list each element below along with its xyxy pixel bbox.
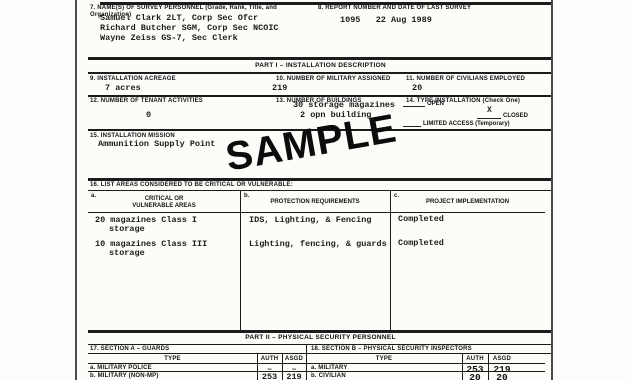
sectionA-row2-type: b. MILITARY (NON-MP)	[90, 373, 159, 380]
sectionA-row2-asgd: 219	[282, 372, 306, 380]
table-divider	[390, 190, 391, 330]
sectionB-row1-type: a. MILITARY	[311, 365, 348, 372]
sectionA-row1-type: a. MILITARY POLICE	[90, 365, 152, 372]
col-a-header-line1: CRITICAL OR	[88, 196, 240, 203]
field15-value: Ammunition Supply Point	[98, 139, 215, 149]
part2-title: PART II – PHYSICAL SECURITY PERSONNEL	[88, 334, 553, 341]
divider	[88, 190, 551, 191]
field8-label: 8. REPORT NUMBER AND DATE OF LAST SURVEY	[318, 5, 548, 12]
sectionB-row2-type: b. CIVILIAN	[311, 373, 346, 380]
col-c-header: PROJECT IMPLEMENTATION	[390, 199, 545, 206]
blank-line	[403, 120, 421, 127]
type-closed-option: CLOSED	[477, 112, 528, 119]
sectionA-row2-auth: 253	[257, 372, 282, 380]
field11-value: 20	[412, 83, 422, 93]
col-b-header: PROTECTION REQUIREMENTS	[240, 199, 390, 206]
divider	[88, 72, 551, 74]
closed-option-label: CLOSED	[503, 113, 528, 119]
col-a-header: CRITICAL OR VULNERABLE AREAS	[88, 196, 240, 210]
section16-label: 16. LIST AREAS CONSIDERED TO BE CRITICAL…	[90, 182, 293, 189]
type-open-option: OPEN	[403, 100, 444, 107]
field11-label: 11. NUMBER OF CIVILIANS EMPLOYED	[406, 76, 525, 83]
divider	[88, 95, 551, 97]
sectionA-type-header: TYPE	[88, 356, 257, 363]
field9-label: 9. INSTALLATION ACREAGE	[90, 76, 176, 83]
protection-row1: IDS, Lighting, & Fencing	[249, 215, 371, 225]
field10-label: 10. NUMBER OF MILITARY ASSIGNED	[276, 76, 391, 83]
scanned-form-page: 7. NAME(S) OF SURVEY PERSONNEL (Grade, R…	[0, 0, 630, 380]
implementation-row2: Completed	[398, 238, 444, 248]
sectionB-auth-header: AUTH	[462, 356, 488, 363]
type-limited-option: LIMITED ACCESS (Temporary)	[403, 120, 510, 127]
field10-value: 219	[272, 83, 287, 93]
area-row1-line2: storage	[109, 224, 145, 234]
sectionB-row2-auth: 20	[462, 372, 488, 380]
divider	[88, 344, 551, 345]
protection-row2: Lighting, fencing, & guards	[249, 239, 387, 249]
col-a-header-line2: VULNERABLE AREAS	[88, 203, 240, 210]
divider	[88, 178, 551, 181]
blank-line	[403, 100, 425, 107]
field7-line2: Richard Butcher SGM, Corp Sec NCOIC	[100, 23, 279, 33]
sectionB-row2-asgd: 20	[488, 372, 516, 380]
sectionB-type-header: TYPE	[306, 356, 462, 363]
field12-value: 0	[146, 110, 151, 120]
field7-line3: Wayne Zeiss GS-7, Sec Clerk	[100, 33, 238, 43]
part1-title: PART I – INSTALLATION DESCRIPTION	[88, 62, 553, 69]
open-option-label: OPEN	[427, 101, 444, 107]
divider	[88, 57, 551, 60]
divider	[88, 353, 551, 354]
area-row2-line2: storage	[109, 248, 145, 258]
sectionB-asgd-header: ASGD	[488, 356, 516, 363]
table-divider	[240, 190, 241, 330]
divider	[88, 330, 551, 333]
field7-line1: Samuel Clark 2LT, Corp Sec Ofcr	[100, 13, 258, 23]
field9-value: 7 acres	[105, 83, 141, 93]
field12-label: 12. NUMBER OF TENANT ACTIVITIES	[90, 98, 203, 105]
page-edge-left	[75, 0, 77, 380]
section17-label: 17. SECTION A – GUARDS	[90, 346, 169, 353]
sectionA-asgd-header: ASGD	[282, 356, 306, 363]
blank-line	[477, 112, 501, 119]
limited-option-label: LIMITED ACCESS (Temporary)	[423, 121, 510, 127]
sectionA-auth-header: AUTH	[257, 356, 282, 363]
field8-value: 1095 22 Aug 1989	[340, 15, 432, 25]
section18-label: 18. SECTION B – PHYSICAL SECURITY INSPEC…	[311, 346, 472, 353]
page-edge-right	[551, 0, 553, 380]
implementation-row1: Completed	[398, 214, 444, 224]
divider	[88, 212, 545, 213]
